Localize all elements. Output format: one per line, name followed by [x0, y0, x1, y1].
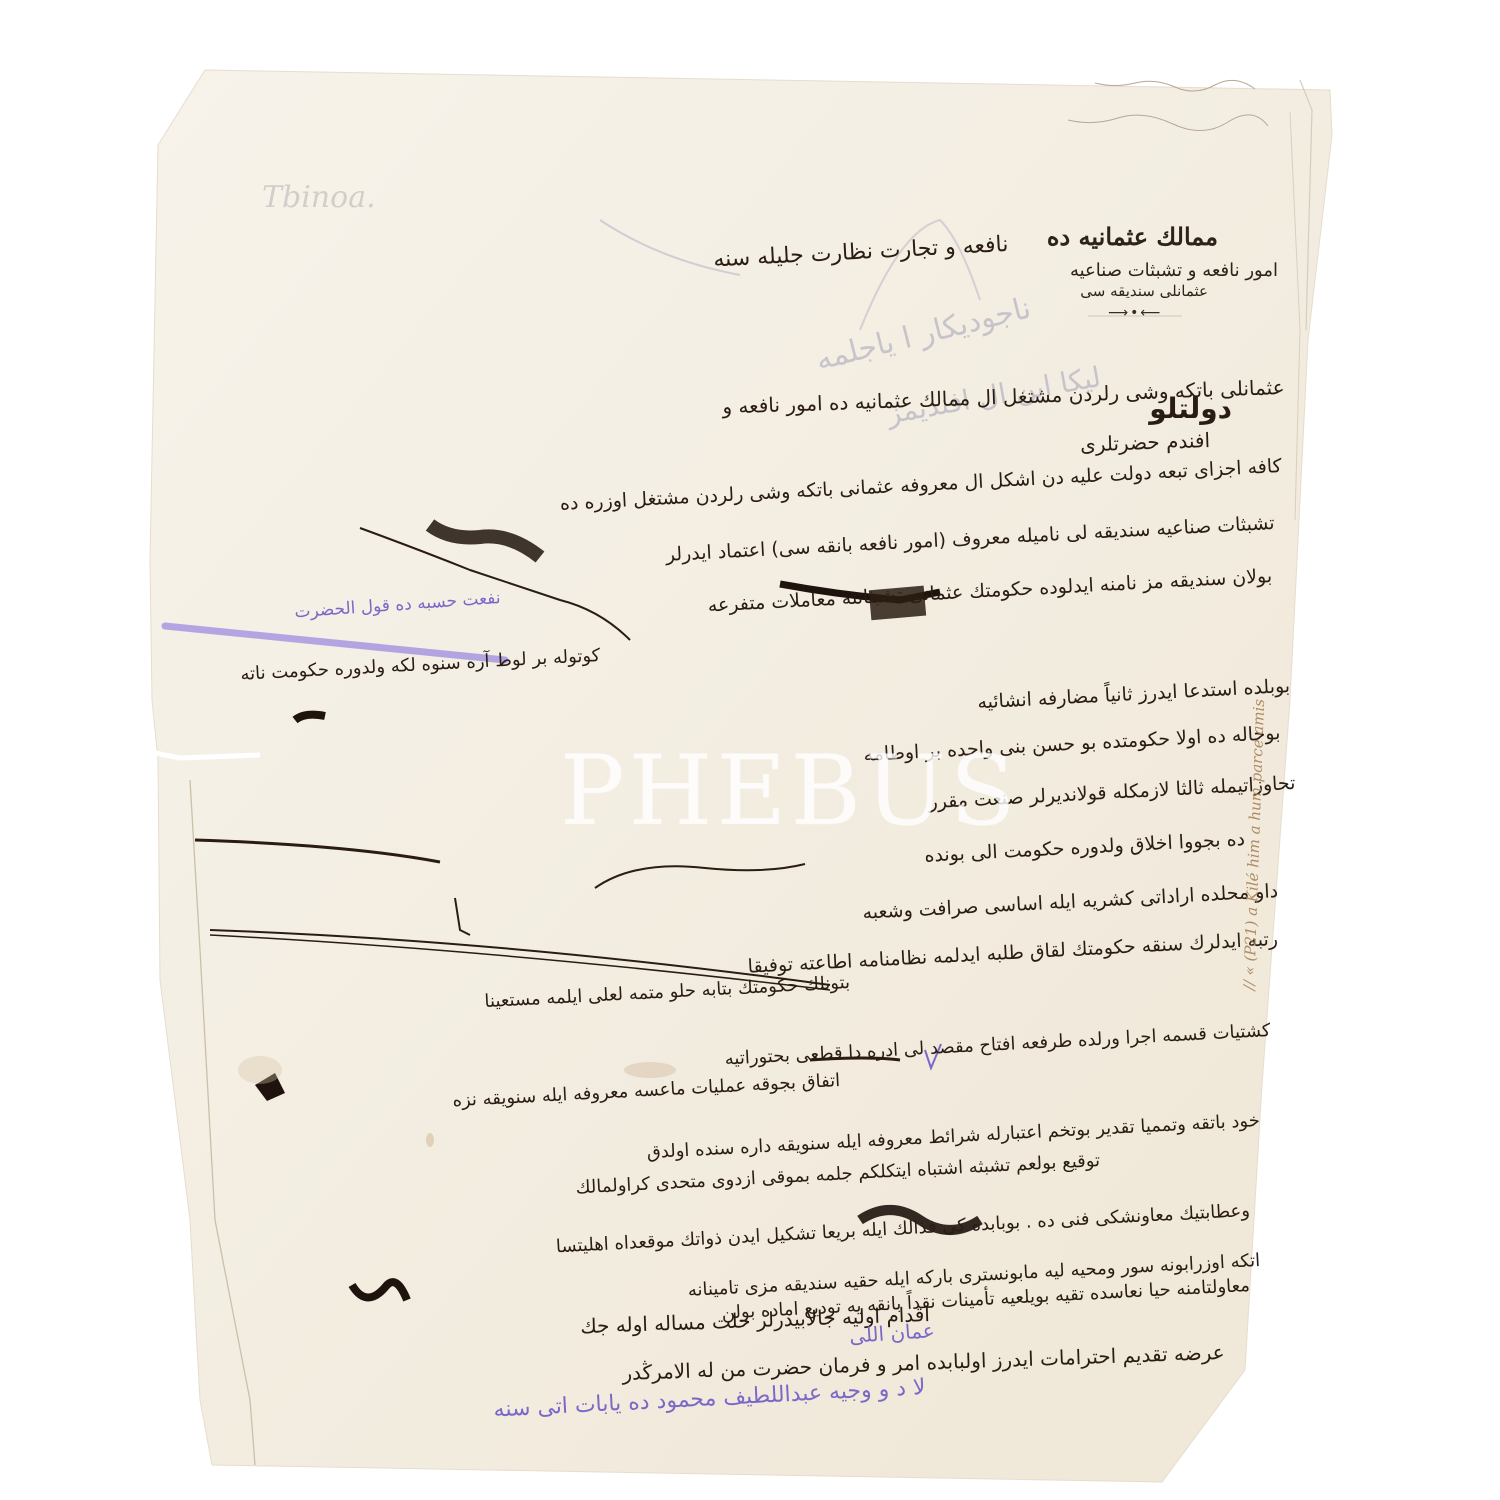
- body-line: خود باتقه وتمميا تقدير بوتخم اعتبارله شر…: [647, 1110, 1261, 1163]
- body-line: كشتيات قسمه اجرا ورلده طرفعه افتاح مقصد …: [724, 1020, 1271, 1070]
- letterhead-line-3: عثمانلى سنديقه سى: [1080, 282, 1208, 300]
- body-line: افندم حضرتلرى: [1080, 428, 1211, 457]
- letterhead-ornament: ⟶•⟵: [1108, 305, 1162, 321]
- violet-annotation: نفعت حسبه ده قول الحضرت: [293, 588, 500, 622]
- body-line: اتفاق بجوقه عمليات ماعسه معروفه ايله سنو…: [452, 1070, 841, 1111]
- letterhead-line-1: ممالك عثمانيه ده: [1047, 222, 1218, 251]
- document-photo: Tbinoa. ممالك عثمانيه ده امور نافعه و تش…: [0, 0, 1500, 1500]
- body-line: كوتوله بر لوط آره سنوه لكه ولدوره حكومت …: [240, 645, 601, 685]
- violet-annotation: عمان اللى: [849, 1318, 936, 1348]
- body-line: وعطابتيك معاونشكى فنى ده . بوبابده كى فذ…: [556, 1200, 1251, 1257]
- violet-signature-note: لا د و وجيه عبداللطيف محمود ده يابات اتى…: [493, 1375, 926, 1423]
- body-line: رتبه ايدلرك سنقه حكومتك لقاق طلبه ايدلمه…: [747, 928, 1278, 978]
- text-layer: Tbinoa. ممالك عثمانيه ده امور نافعه و تش…: [0, 0, 1500, 1500]
- pencil-annotation: ناجوديكار ا ياجلمه: [812, 291, 1034, 378]
- letterhead-line-2: امور نافعه و تشبثات صناعيه: [1070, 260, 1278, 281]
- body-line: كافه اجزاى تبعه دولت عليه دن اشكل ال معر…: [560, 455, 1283, 515]
- body-line: تشبثات صناعيه سنديقه لى ناميله معروف (ام…: [666, 512, 1276, 566]
- watermark: PHEBUS: [560, 735, 1020, 847]
- body-line: بتونلك حكومتك بتابه حلو متمه لعلى ايلمه …: [484, 972, 851, 1012]
- body-line: داو محلده اراداتى كشريه ايله اساسى صرافت…: [862, 880, 1279, 924]
- addressee: نافعه و تجارت نظارت جليله سنه: [712, 232, 1008, 272]
- body-line: بوبلده استدعا ايدرز ثانياً مضارفه انشائي…: [977, 675, 1291, 713]
- pencil-note-latin: Tbinoa.: [262, 180, 376, 215]
- body-line: بولان سنديقه مز نامنه ايدلوده حكومتك عثم…: [707, 565, 1272, 617]
